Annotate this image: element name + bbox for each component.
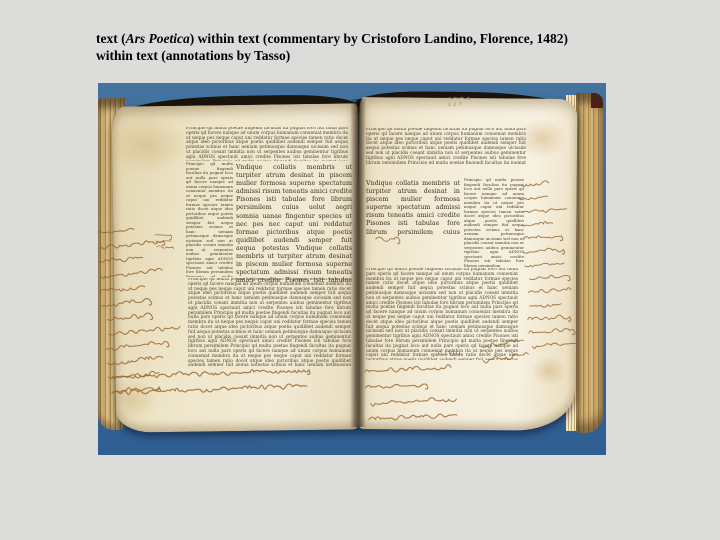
slide-caption: text (Ars Poetica) within text (commenta… xyxy=(96,31,620,64)
printed-commentary-top-right: Principio qd multa poetae fingendi facul… xyxy=(366,128,526,164)
printed-commentary-top-left: Principio qd multa poetae fingendi facul… xyxy=(186,127,348,161)
binding-corner xyxy=(591,93,603,108)
printed-commentary-bottom-right: Principio qd multa poetae fingendi facul… xyxy=(366,268,518,360)
book-fore-edge-right xyxy=(576,93,603,433)
book-gutter-shadow xyxy=(350,99,366,427)
handwritten-folio-number: 127 xyxy=(448,102,464,108)
printed-commentary-column-right: Principio qd multa poetae fingendi facul… xyxy=(464,178,524,267)
caption-text: text ( xyxy=(96,31,126,46)
caption-text: ) within text (commentary by Cristoforo … xyxy=(190,31,568,46)
slide: text (Ars Poetica) within text (commenta… xyxy=(0,0,720,540)
ars-poetica-verse-right: Vndique collatis membris ut turpiter atr… xyxy=(366,180,460,236)
caption-line1: text (Ars Poetica) within text (commenta… xyxy=(96,31,568,46)
ars-poetica-verse-left: Vndique collatis membris ut turpiter atr… xyxy=(236,164,352,284)
printed-commentary-bottom-left: Principio qd multa poetae fingendi facul… xyxy=(188,278,351,366)
caption-line2: within text (annotations by Tasso) xyxy=(96,48,290,63)
printed-commentary-column-left: Principio qd multa poetae fingendi facul… xyxy=(186,162,233,277)
caption-title-italic: Ars Poetica xyxy=(126,31,190,46)
printed-signature-mark: C LVIII xyxy=(438,352,461,357)
book-photograph: Principio qd multa poetae fingendi facul… xyxy=(98,83,606,455)
